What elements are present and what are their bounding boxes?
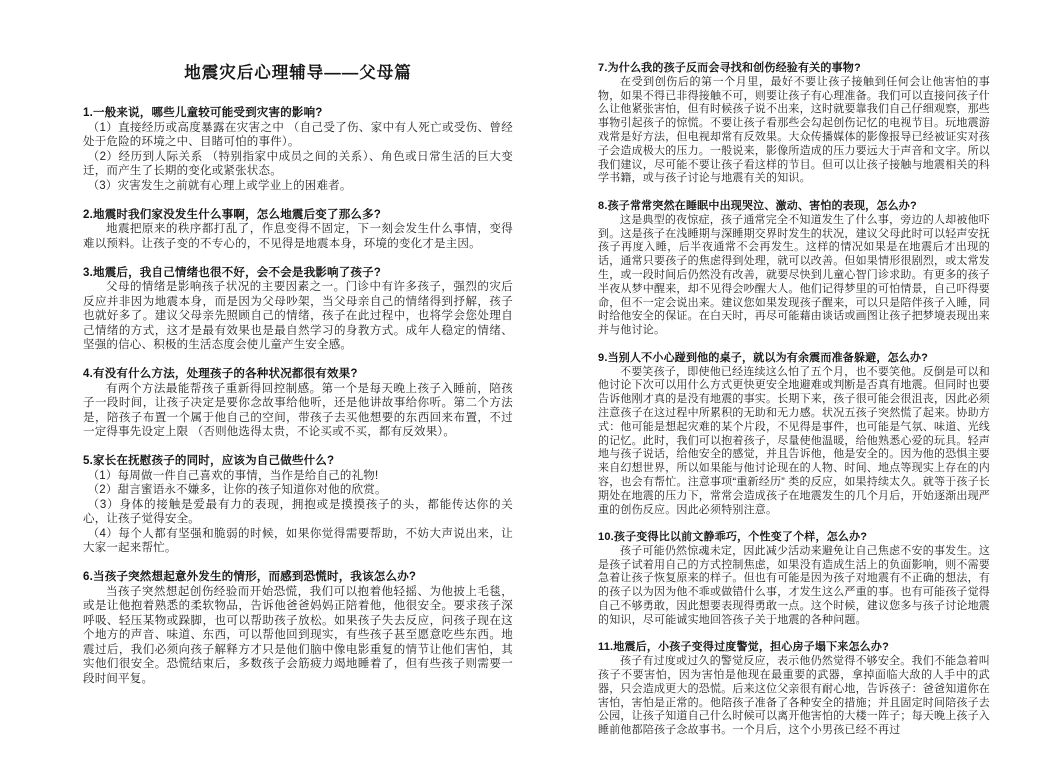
answer-list-item: （3）灾害发生之前就有心理上或学业上的困难者。 — [83, 179, 513, 194]
answer-list-item: （2）经历到人际关系 （特别指家中成员之间的关系）、角色或日常生活的巨大变迁，而… — [83, 150, 513, 179]
question-heading: 9.当别人不小心踫到他的桌子，就以为有余震而准备躲避，怎么办? — [598, 352, 990, 366]
qa-section: 9.当别人不小心踫到他的桌子，就以为有余震而准备躲避，怎么办?不要笑孩子，即使他… — [598, 352, 990, 518]
answer-paragraph: 父母的情绪是影响孩子状况的主要因素之一。门诊中有许多孩子，强烈的灾后反应并非因为… — [83, 280, 513, 353]
question-heading: 3.地震后，我自己情绪也很不好，会不会是我影响了孩子? — [83, 266, 513, 281]
answer-paragraph: 在受到创伤后的第一个月里，最好不要让孩子接触到任何会让他害怕的事物，如果不得已非… — [598, 76, 990, 186]
answer-list-item: （1）每周做一件自己喜欢的事情，当作是给自己的礼物! — [83, 469, 513, 484]
left-page-sections: 1.一般来说，哪些儿童较可能受到灾害的影响?（1）直接经历或高度暴露在灾害之中 … — [83, 106, 513, 686]
answer-paragraph: 地震把原来的秩序都打乱了，作息变得不固定，下一刻会发生什么事情，变得难以预料。让… — [83, 222, 513, 251]
question-heading: 4.有没有什么方法，处理孩子的各种状况都很有效果? — [83, 367, 513, 382]
qa-section: 11.地震后，小孩子变得过度警觉，担心房子塌下来怎么办?孩子有过度或过久的警觉反… — [598, 641, 990, 738]
answer-list-item: （3）身体的接触是爱最有力的表现，拥抱或是摸摸孩子的头，都能传达你的关心，让孩子… — [83, 498, 513, 527]
answer-list-item: （4）每个人都有坚强和脆弱的时候，如果你觉得需要帮助，不妨大声说出来，让大家一起… — [83, 527, 513, 556]
qa-section: 5.家长在抚慰孩子的同时，应该为自己做些什么?（1）每周做一件自己喜欢的事情，当… — [83, 454, 513, 556]
answer-paragraph: 孩子有过度或过久的警觉反应，表示他仍然觉得不够安全。我们不能急着叫孩子不要害怕，… — [598, 655, 990, 738]
question-heading: 7.为什么我的孩子反而会寻找和创伤经验有关的事物? — [598, 62, 990, 76]
answer-paragraph: 孩子可能仍然惊魂未定，因此减少活动来避免让自己焦虑不安的事发生。这是孩子试着用自… — [598, 545, 990, 628]
question-heading: 2.地震时我们家没发生什么事啊，怎么地震后变了那么多? — [83, 208, 513, 223]
qa-section: 6.当孩子突然想起意外发生的情形，而感到恐慌时，我该怎么办?当孩子突然想起创伤经… — [83, 570, 513, 686]
answer-paragraph: 当孩子突然想起创伤经验而开始恐慌，我们可以抱着他轻摇、为他披上毛毯，或是让他抱着… — [83, 585, 513, 687]
question-heading: 8.孩子常常突然在睡眠中出现哭泣、激动、害怕的表现，怎么办? — [598, 200, 990, 214]
question-heading: 1.一般来说，哪些儿童较可能受到灾害的影响? — [83, 106, 513, 121]
page-right: 7.为什么我的孩子反而会寻找和创伤经验有关的事物?在受到创伤后的第一个月里，最好… — [598, 62, 990, 738]
document-title: 地震灾后心理辅导——父母篇 — [83, 62, 513, 84]
qa-section: 8.孩子常常突然在睡眠中出现哭泣、激动、害怕的表现，怎么办?这是典型的夜惊症，孩… — [598, 200, 990, 338]
answer-list-item: （2）甜言蜜语永不嫌多，让你的孩子知道你对他的欣赏。 — [83, 483, 513, 498]
question-heading: 10.孩子变得比以前文静乖巧，个性变了个样，怎么办? — [598, 531, 990, 545]
answer-paragraph: 这是典型的夜惊症，孩子通常完全不知道发生了什么事，旁边的人却被他吓到。这是孩子在… — [598, 214, 990, 338]
question-heading: 11.地震后，小孩子变得过度警觉，担心房子塌下来怎么办? — [598, 641, 990, 655]
document-canvas: 地震灾后心理辅导——父母篇 1.一般来说，哪些儿童较可能受到灾害的影响?（1）直… — [0, 0, 1040, 781]
qa-section: 10.孩子变得比以前文静乖巧，个性变了个样，怎么办?孩子可能仍然惊魂未定，因此减… — [598, 531, 990, 628]
answer-paragraph: 不要笑孩子，即使他已经连续这么怕了五个月，也不要笑他。反倒是可以和他讨论下次可以… — [598, 366, 990, 518]
answer-paragraph: 有两个方法最能帮孩子重新得回控制感。第一个是每天晚上孩子入睡前，陪孩子一段时间，… — [83, 382, 513, 440]
answer-list-item: （1）直接经历或高度暴露在灾害之中 （自己受了伤、家中有人死亡或受伤、曾经处于危… — [83, 121, 513, 150]
right-page-sections: 7.为什么我的孩子反而会寻找和创伤经验有关的事物?在受到创伤后的第一个月里，最好… — [598, 62, 990, 738]
qa-section: 2.地震时我们家没发生什么事啊，怎么地震后变了那么多?地震把原来的秩序都打乱了，… — [83, 208, 513, 252]
page-left: 地震灾后心理辅导——父母篇 1.一般来说，哪些儿童较可能受到灾害的影响?（1）直… — [83, 56, 513, 686]
qa-section: 4.有没有什么方法，处理孩子的各种状况都很有效果?有两个方法最能帮孩子重新得回控… — [83, 367, 513, 440]
question-heading: 6.当孩子突然想起意外发生的情形，而感到恐慌时，我该怎么办? — [83, 570, 513, 585]
qa-section: 7.为什么我的孩子反而会寻找和创伤经验有关的事物?在受到创伤后的第一个月里，最好… — [598, 62, 990, 186]
qa-section: 3.地震后，我自己情绪也很不好，会不会是我影响了孩子?父母的情绪是影响孩子状况的… — [83, 266, 513, 353]
qa-section: 1.一般来说，哪些儿童较可能受到灾害的影响?（1）直接经历或高度暴露在灾害之中 … — [83, 106, 513, 193]
question-heading: 5.家长在抚慰孩子的同时，应该为自己做些什么? — [83, 454, 513, 469]
